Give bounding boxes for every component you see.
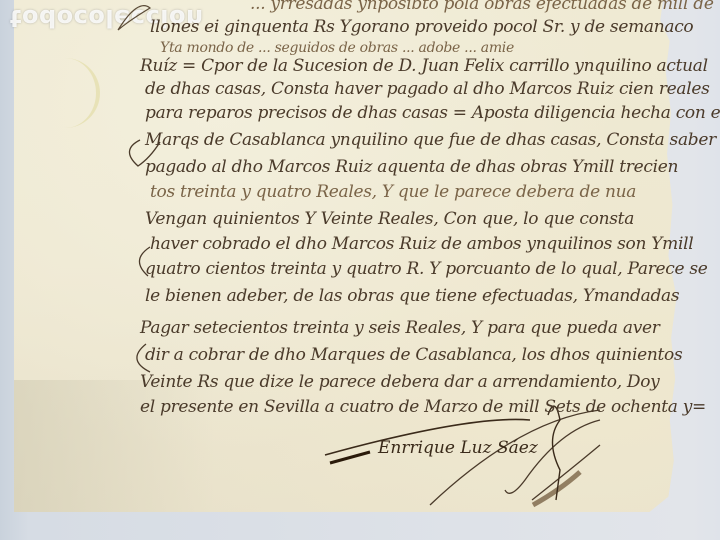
manuscript-line: Ruíz = Cpor de la Sucesion de D. Juan Fe… [140,56,708,76]
manuscript-line: el presente en Sevilla a cuatro de Marzo… [140,397,706,417]
manuscript-line: le bienen adeber, de las obras que tiene… [145,286,679,306]
manuscript-line: Veinte Rs que dize le parece debera dar … [140,372,659,392]
manuscript-line: tos treinta y quatro Reales, Y que le pa… [150,182,636,202]
manuscript-line: haver cobrado el dho Marcos Ruiz de ambo… [150,234,693,254]
manuscript-line: para reparos precisos de dhas casas = Ap… [145,103,720,123]
manuscript-line: pagado al dho Marcos Ruiz aquenta de dha… [145,157,678,177]
manuscript-line: Pagar setecientos treinta y seis Reales,… [140,318,660,338]
manuscript-line: Vengan quinientos Y Veinte Reales, Con q… [145,209,634,229]
manuscript-line: Marqs de Casablanca ynquilino que fue de… [145,130,716,150]
manuscript-line: dir a cobrar de dho Marques de Casablanc… [145,345,682,365]
signature: Enrrique Luz Sáez [378,438,538,458]
manuscript-line: ... yrresadas ynposibto pola obras efect… [250,0,714,14]
manuscript-line: Yta mondo de ... seguidos de obras ... a… [160,40,514,56]
manuscript-line: de dhas casas, Consta haver pagado al dh… [145,79,710,99]
manuscript-line: llones ei ginquenta Rs Ygorano proveido … [150,17,693,37]
manuscript-line: quatro cientos treinta y quatro R. Y por… [145,259,708,279]
